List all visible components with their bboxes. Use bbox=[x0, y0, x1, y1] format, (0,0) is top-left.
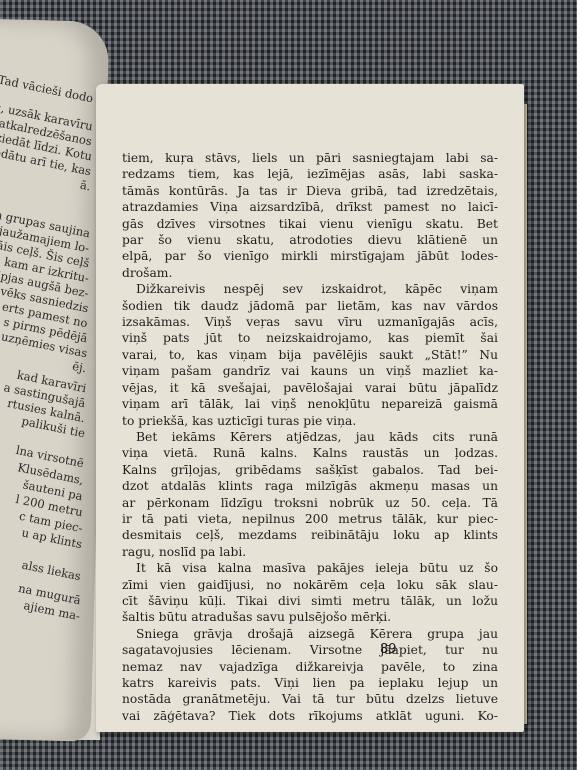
text-line: katrs kareivis pats. Viņi lien pa ieplak… bbox=[122, 675, 498, 691]
left-page-text-fragment: ā. bbox=[79, 178, 92, 194]
body-text: tiem, kuŗa stāvs, liels un pāri sasniegt… bbox=[122, 150, 498, 724]
page-number: 89 bbox=[380, 642, 397, 657]
text-line: Sniega grāvja drošajā aizsegā Kērera gru… bbox=[122, 626, 498, 642]
left-page: Tad vācieši dodois, uzsāk karavīruar atk… bbox=[0, 18, 109, 741]
text-line: nemaz nav vajadzīga dižkareivja pavēle, … bbox=[122, 659, 498, 675]
text-line: viņš pats jūt to neizskaidrojamo, kas pi… bbox=[122, 330, 498, 346]
text-line: viņam arī tālāk, lai viņš nenokļūtu nepa… bbox=[122, 396, 498, 412]
text-line: atrazdamies Viņa aizsardzībā, drīkst pam… bbox=[122, 199, 498, 215]
left-page-text-fragment: ēj. bbox=[71, 359, 88, 376]
text-line: desmitais ceļš, mezdams reibinātāju loku… bbox=[122, 527, 498, 543]
text-line: dzot atdalās klints raga milzīgās akmeņu… bbox=[122, 478, 498, 494]
text-line: ragu, noslīd pa labi. bbox=[122, 544, 498, 560]
text-line: to priekšā, kas uzticīgi turas pie viņa. bbox=[122, 413, 498, 429]
text-line: zīmi vien gaidījusi, no nokārēm ceļa lok… bbox=[122, 577, 498, 593]
text-line: varai, to, kas viņam bija pavēlējis sauk… bbox=[122, 347, 498, 363]
text-line: Dižkareivis nespēj sev izskaidrot, kāpēc… bbox=[122, 281, 498, 297]
text-line: gās dzīves virsotnes tikai vienu vienīgu… bbox=[122, 216, 498, 232]
text-line: viņa vietā. Runā kalns. Kalns raustās un… bbox=[122, 445, 498, 461]
text-line: šaltis būtu atradušas savu pulsējošo mēr… bbox=[122, 609, 498, 625]
text-line: elpā, par šo vienīgo mirkli mirstīgajam … bbox=[122, 248, 498, 264]
text-line: izsakāmas. Viņš veŗas savu vīru uzmanīga… bbox=[122, 314, 498, 330]
text-line: šodien tik daudz jādomā par lietām, kas … bbox=[122, 298, 498, 314]
text-line: vai zāģētava? Tiek dots rīkojums atklāt … bbox=[122, 708, 498, 724]
text-line: drošam. bbox=[122, 265, 498, 281]
text-line: ar pērkonam līdzīgu troksni nobrūk uz 50… bbox=[122, 495, 498, 511]
left-page-text-fragment: alss liekas bbox=[21, 558, 82, 584]
text-line: viņam pašam gandrīz vai kauns un viņš ma… bbox=[122, 363, 498, 379]
text-line: nostāda granātmetēju. Vai tā tur būtu dz… bbox=[122, 691, 498, 707]
text-line: It kā visa kalna masīva pakājes ieleja b… bbox=[122, 560, 498, 576]
text-line: tāmās kontūrās. Ja tas ir Dieva gribā, t… bbox=[122, 183, 498, 199]
text-line: redzams tiem, kas lejā, iezīmējas asās, … bbox=[122, 166, 498, 182]
left-page-text-fragment: Tad vācieši dodo bbox=[0, 72, 95, 105]
text-line: Bet iekāms Kērers atjēdzas, jau kāds cit… bbox=[122, 429, 498, 445]
text-line: tiem, kuŗa stāvs, liels un pāri sasniegt… bbox=[122, 150, 498, 166]
text-line: par šo vienu skatu, atrodoties dievu klā… bbox=[122, 232, 498, 248]
text-line: vējas, it kā svešajai, pavēlošajai varai… bbox=[122, 380, 498, 396]
text-line: sagatavojusies lēcienam. Virsotne jāapie… bbox=[122, 642, 498, 658]
text-line: Kalns grīļojas, gribēdams sašķīst gabalo… bbox=[122, 462, 498, 478]
text-line: ir tā pati vieta, nepilnus 200 metrus tā… bbox=[122, 511, 498, 527]
right-page: tiem, kuŗa stāvs, liels un pāri sasniegt… bbox=[96, 84, 524, 732]
text-line: cīt šāviņu kūļi. Tikai divi simti metru … bbox=[122, 593, 498, 609]
